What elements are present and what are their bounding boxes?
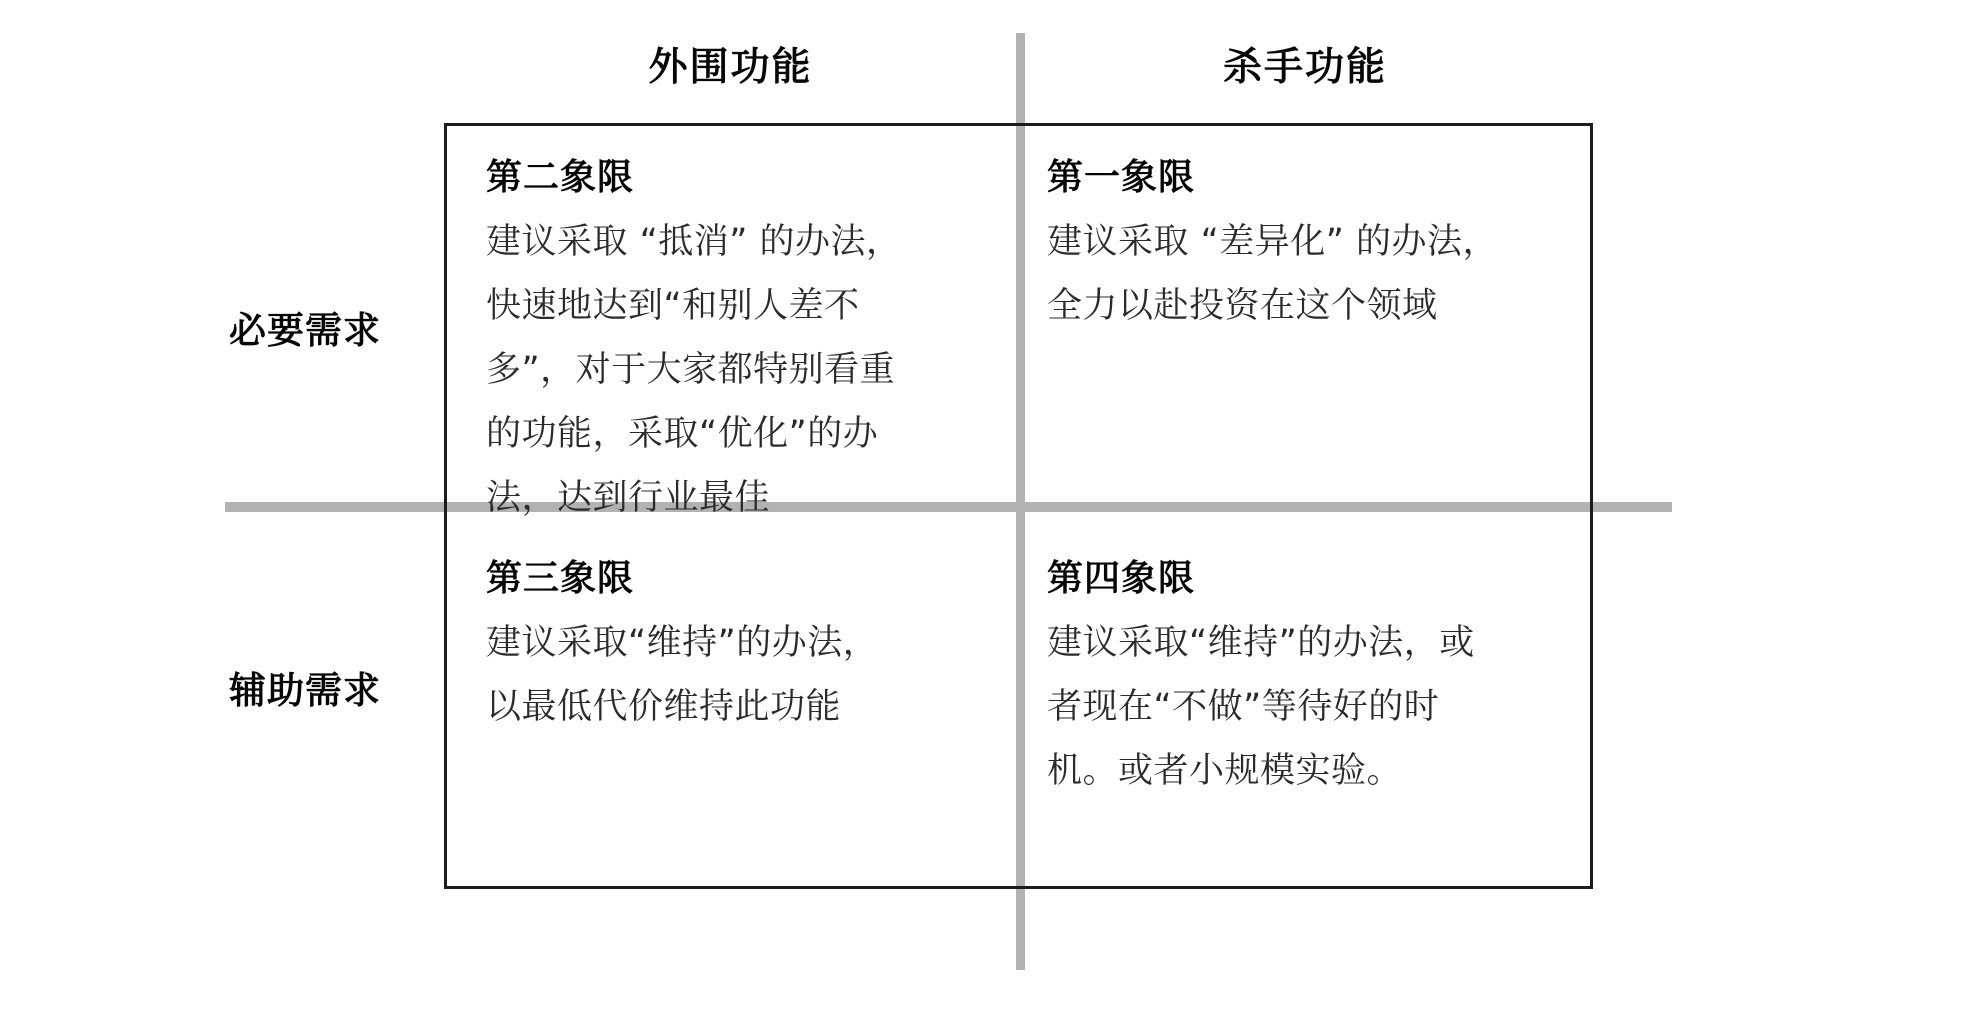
quadrant-4-body: 建议采取“维持”的办法，或 者现在“不做”等待好的时 机。或者小规模实验。 xyxy=(1047,611,1577,803)
column-header-killer-features: 杀手功能 xyxy=(1017,42,1593,94)
quadrant-2-body: 建议采取 “抵消” 的办法， 快速地达到“和别人差不 多”，对于大家都特别看重 … xyxy=(486,210,991,530)
column-header-peripheral-features: 外围功能 xyxy=(444,42,1017,94)
quadrant-4-title: 第四象限 xyxy=(1047,547,1577,611)
quadrant-4-block: 第四象限 建议采取“维持”的办法，或 者现在“不做”等待好的时 机。或者小规模实… xyxy=(1047,547,1577,803)
quadrant-2-block: 第二象限 建议采取 “抵消” 的办法， 快速地达到“和别人差不 多”，对于大家都… xyxy=(486,146,991,530)
quadrant-3-block: 第三象限 建议采取“维持”的办法， 以最低代价维持此功能 xyxy=(486,547,991,739)
quadrant-matrix-diagram: 外围功能 杀手功能 必要需求 辅助需求 第二象限 建议采取 “抵消” 的办法， … xyxy=(0,0,1961,1023)
quadrant-2-title: 第二象限 xyxy=(486,146,991,210)
quadrant-3-title: 第三象限 xyxy=(486,547,991,611)
row-label-essential-needs: 必要需求 xyxy=(160,300,450,354)
quadrant-1-title: 第一象限 xyxy=(1047,146,1577,210)
quadrant-1-block: 第一象限 建议采取 “差异化” 的办法， 全力以赴投资在这个领域 xyxy=(1047,146,1577,338)
quadrant-3-body: 建议采取“维持”的办法， 以最低代价维持此功能 xyxy=(486,611,991,739)
row-label-auxiliary-needs: 辅助需求 xyxy=(160,660,450,714)
quadrant-1-body: 建议采取 “差异化” 的办法， 全力以赴投资在这个领域 xyxy=(1047,210,1577,338)
